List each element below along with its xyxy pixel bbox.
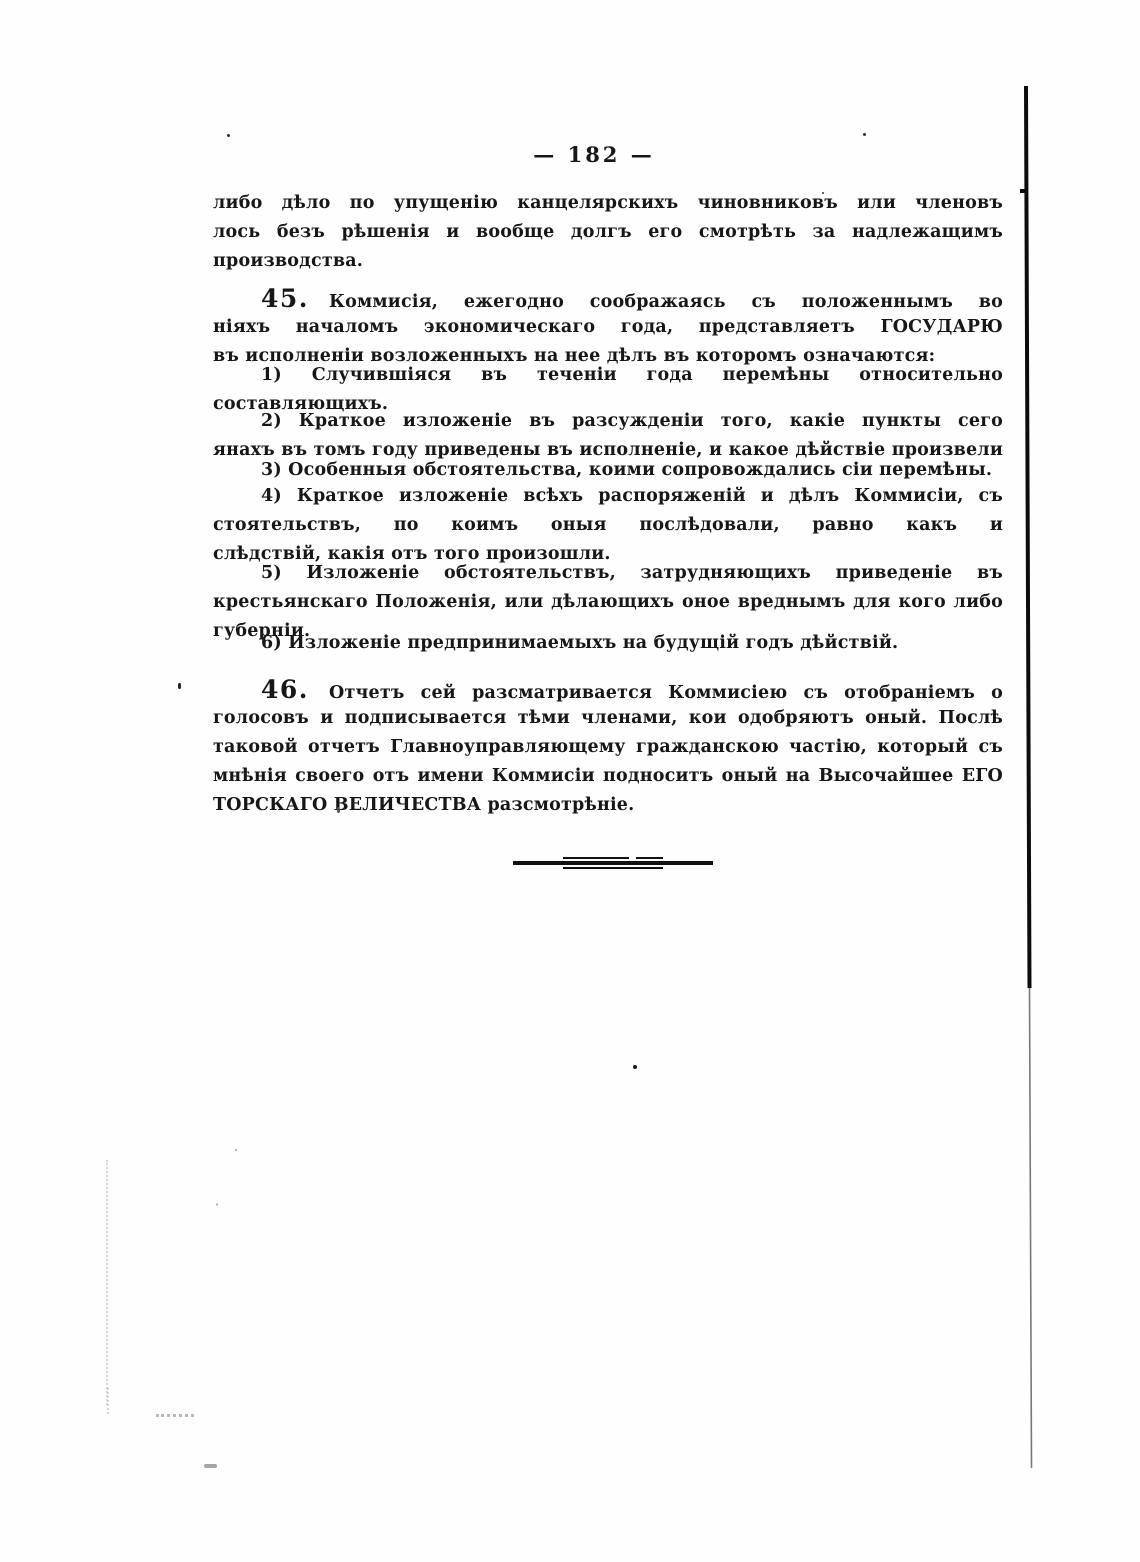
ink-speck: [822, 192, 824, 194]
ink-speck: [227, 134, 230, 137]
ink-speck: [216, 1203, 218, 1206]
scan-dotted-line: [106, 1160, 108, 1405]
scan-dotted-line: [107, 1388, 109, 1414]
scan-smudge: [204, 1464, 217, 1468]
scan-edge-line: [0, 0, 1140, 1562]
ink-speck: [633, 1065, 637, 1069]
scan-dotted-mark: [156, 1414, 194, 1417]
scanned-page: — 182 — либо дѣло по упущенію канцелярск…: [0, 0, 1140, 1562]
ink-speck: [178, 683, 181, 689]
ink-speck: [235, 1149, 237, 1151]
ink-speck: [863, 133, 866, 136]
ink-speck: [337, 807, 340, 813]
